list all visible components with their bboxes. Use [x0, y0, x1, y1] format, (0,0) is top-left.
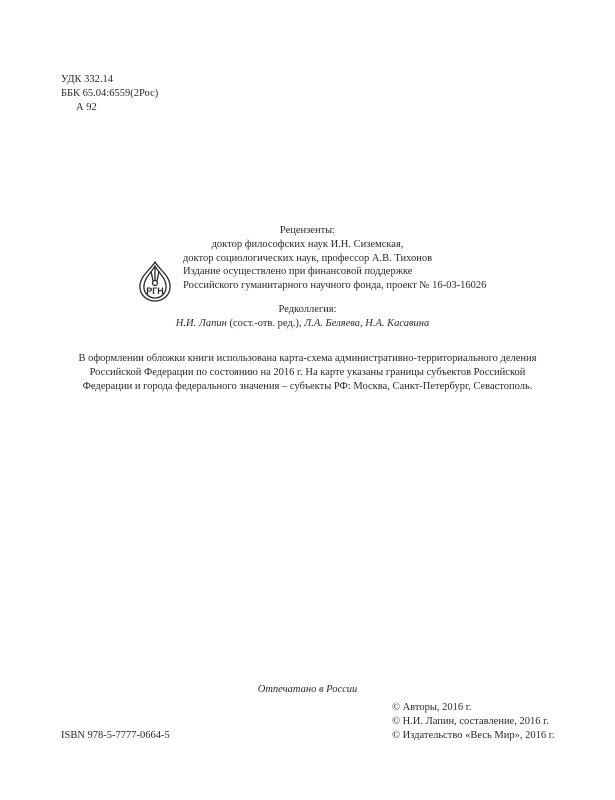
editorial-heading: Редколлегия:	[0, 303, 615, 317]
funding-line: Российского гуманитарного научного фонда…	[183, 279, 486, 293]
copyright-block: © Авторы, 2016 г. © Н.И. Лапин, составле…	[392, 701, 555, 743]
bbk-code: ББК 65.04:6559(2Рос)	[61, 87, 158, 101]
funding-block: РГН Издание осуществлено при финансовой …	[137, 261, 486, 303]
isbn: ISBN 978-5-7777-0664-5	[61, 729, 170, 743]
author-mark: А 92	[61, 101, 158, 115]
svg-text:РГН: РГН	[146, 286, 164, 296]
editor-chief: Н.И. Лапин	[176, 318, 227, 329]
udk-code: УДК 332.14	[61, 73, 158, 87]
editorial-members: Н.И. Лапин (сост.-отв. ред.), Л.А. Беляе…	[0, 317, 615, 331]
classification-block: УДК 332.14 ББК 65.04:6559(2Рос) А 92	[61, 73, 158, 115]
editorial-board-block: Редколлегия: Н.И. Лапин (сост.-отв. ред.…	[0, 303, 615, 331]
copyright-line: © Н.И. Лапин, составление, 2016 г.	[392, 715, 555, 729]
cover-note: В оформлении обложки книги использована …	[50, 352, 565, 394]
cover-note-line: Российской Федерации по состоянию на 201…	[50, 366, 565, 380]
cover-note-line: В оформлении обложки книги использована …	[50, 352, 565, 366]
copyright-line: © Авторы, 2016 г.	[392, 701, 555, 715]
printed-in: Отпечатано в России	[0, 683, 615, 697]
reviewer-line: доктор философских наук И.Н. Сиземская,	[0, 238, 615, 252]
funding-line: Издание осуществлено при финансовой подд…	[183, 265, 486, 279]
reviewers-heading: Рецензенты:	[0, 224, 615, 238]
editor-members: Л.А. Беляева, Н.А. Касавина	[304, 318, 429, 329]
rgnf-logo-icon: РГН	[137, 261, 173, 303]
reviewers-block: Рецензенты: доктор философских наук И.Н.…	[0, 224, 615, 266]
copyright-line: © Издательство «Весь Мир», 2016 г.	[392, 729, 555, 743]
editor-role: (сост.-отв. ред.),	[227, 318, 304, 329]
cover-note-line: Федерации и города федерального значения…	[50, 380, 565, 394]
